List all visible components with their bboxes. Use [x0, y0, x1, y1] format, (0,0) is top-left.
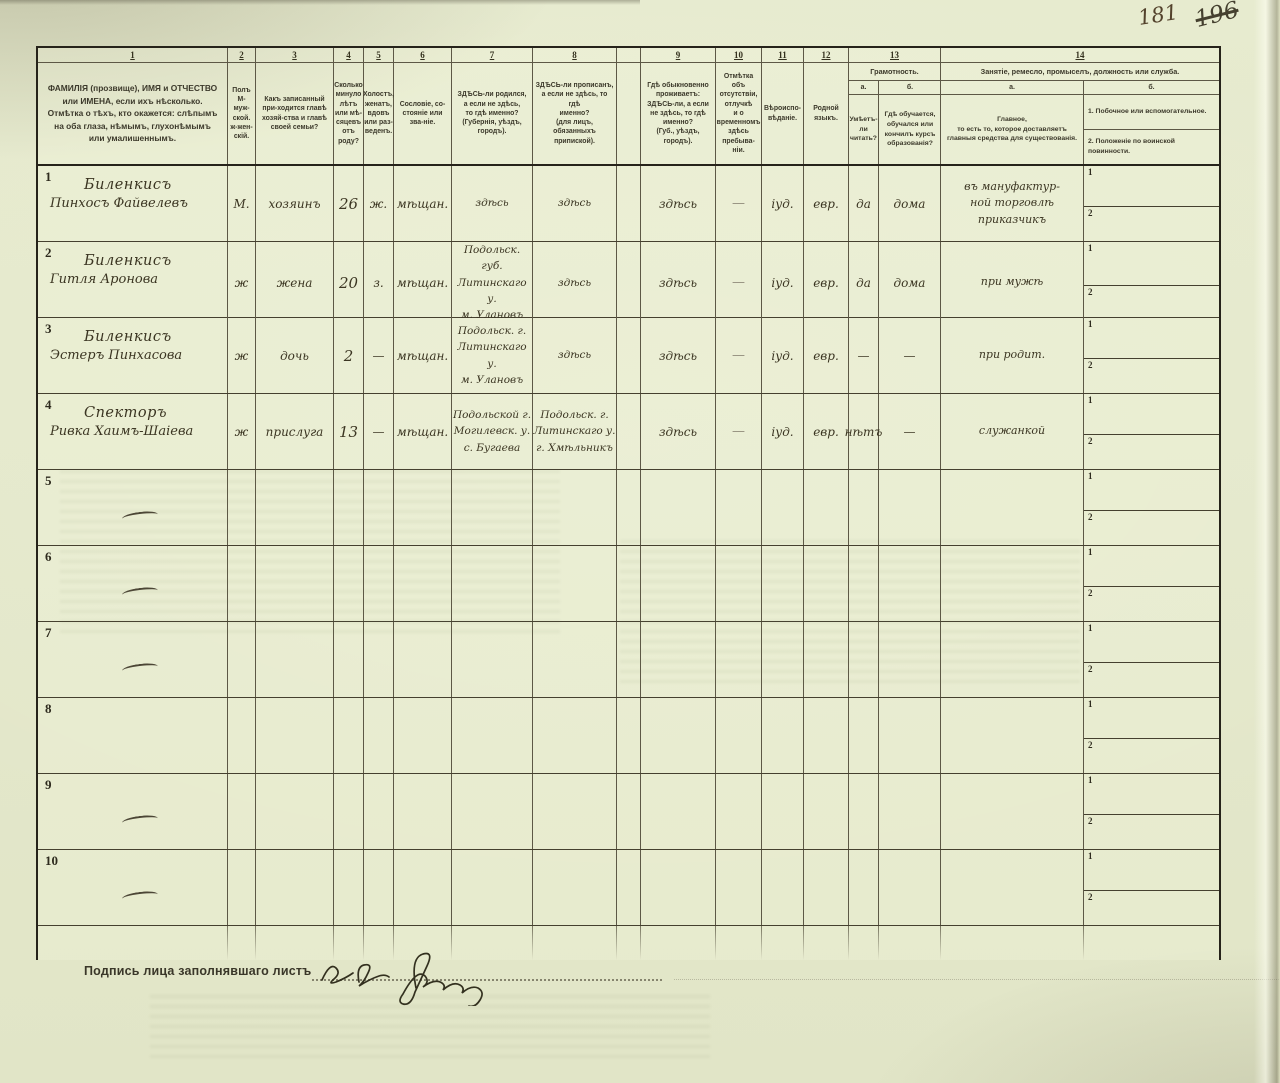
occupation-side-cell: 1 2: [1084, 318, 1219, 393]
signature-rule-faint: [674, 979, 1280, 980]
marital-cell: ж.: [364, 166, 394, 241]
literacy-cell: да: [849, 242, 879, 323]
header-occupation-side-2: 2. Положеніе по воинской повинности.: [1084, 130, 1219, 164]
relation-cell: [256, 470, 334, 545]
table-row: 6 1 2: [38, 546, 1219, 622]
absence-cell: —: [716, 394, 762, 469]
faith-cell: іуд.: [762, 318, 804, 393]
occupation-side-cell: 1 2: [1084, 166, 1219, 241]
fold-spacer: [616, 850, 641, 925]
row-number: 10: [45, 853, 58, 869]
name-cell: 5: [38, 470, 228, 545]
page-number-crossed-out: 196: [1193, 0, 1242, 33]
header-literacy-group: Грамотность. а. б. Умѣетъ- ли читать? Гд…: [849, 63, 941, 164]
table-row: 5 1 2: [38, 470, 1219, 546]
marital-cell: [364, 850, 394, 925]
row-number: 5: [45, 473, 52, 489]
torn-bottom-lines: [38, 926, 1219, 960]
row-number: 1: [45, 169, 52, 185]
birthplace-cell: [452, 850, 533, 925]
row-number: 4: [45, 397, 52, 413]
absence-cell: [716, 850, 762, 925]
surname: Биленкисъ: [84, 177, 227, 193]
col-num-14: 14: [941, 48, 1219, 62]
faith-cell: [762, 698, 804, 773]
col-num-1: 1: [38, 48, 228, 62]
header-occupation-group: Занятіе, ремесло, промыселъ, должность и…: [941, 63, 1219, 164]
occupation-side-cell: 1 2: [1084, 698, 1219, 773]
table-row: 7 1 2: [38, 622, 1219, 698]
estate-cell: [394, 622, 452, 697]
side-occupation-2: 2: [1084, 435, 1219, 469]
signature-handwriting: [314, 944, 564, 1006]
col-num-6: 6: [394, 48, 452, 62]
faith-cell: [762, 850, 804, 925]
signature-label: Подпись лица заполнявшаго листъ: [84, 964, 312, 978]
age-cell: [334, 546, 364, 621]
given-name: Пинхосъ Файвелевъ: [50, 196, 227, 211]
occupation-main-cell: при родит.: [941, 318, 1084, 393]
header-education: Гдѣ обучается, обучался или кончилъ курс…: [879, 95, 941, 164]
scanned-census-sheet: 181 196 1 2 3 4 5 6 7 8 9 10 11 12 13 14…: [0, 0, 1280, 1083]
occupation-side-cell: 1 2: [1084, 622, 1219, 697]
marital-cell: [364, 470, 394, 545]
residence-cell: [641, 470, 716, 545]
literacy-cell: [849, 698, 879, 773]
col-num-10: 10: [716, 48, 762, 62]
education-cell: [879, 622, 941, 697]
side-occupation-1: 1: [1084, 470, 1219, 511]
registration-cell: [533, 546, 617, 621]
column-number-strip: 1 2 3 4 5 6 7 8 9 10 11 12 13 14: [38, 48, 1219, 63]
given-name: Эстеръ Пинхасова: [50, 348, 227, 363]
absence-cell: —: [716, 242, 762, 323]
birthplace-cell: Подольск. губ. Литинскаго у. м. Улановъ: [452, 242, 533, 323]
table-row: 9 1 2: [38, 774, 1219, 850]
header-residence: Гдѣ обыкновенно проживаетъ: ЗДѢСЬ-ли, а …: [641, 63, 716, 164]
side-occupation-1: 1: [1084, 774, 1219, 815]
registration-cell: Подольск. г. Литинскаго у. г. Хмѣльникъ: [533, 394, 617, 469]
table-row: 4 Спекторъ Ривка Хаимъ-Шаіева ж прислуга…: [38, 394, 1219, 470]
residence-cell: здѣсь: [641, 242, 716, 323]
occupation-main-cell: [941, 774, 1084, 849]
literacy-cell: [849, 622, 879, 697]
literacy-sub-a-label: а.: [849, 81, 879, 94]
sex-cell: ж: [228, 242, 256, 323]
sex-cell: [228, 774, 256, 849]
fold-spacer: [616, 622, 641, 697]
header-occupation-side-1: 1. Побочное или вспомогательное.: [1084, 95, 1219, 130]
corner-page-numbers: 181 196: [1138, 2, 1239, 28]
education-cell: —: [879, 318, 941, 393]
fold-spacer: [616, 470, 641, 545]
side-occupation-2: 2: [1084, 663, 1219, 697]
language-cell: [804, 850, 849, 925]
occupation-main-cell: при мужѣ: [941, 242, 1084, 323]
residence-cell: [641, 546, 716, 621]
birthplace-cell: [452, 546, 533, 621]
surname: Спекторъ: [84, 405, 227, 421]
age-cell: [334, 470, 364, 545]
sex-cell: [228, 546, 256, 621]
col-num-4: 4: [334, 48, 364, 62]
signature-block: Подпись лица заполнявшаго листъ: [84, 962, 312, 1022]
age-cell: 13: [334, 394, 364, 469]
given-name: Гитля Аронова: [50, 272, 227, 287]
registration-cell: [533, 698, 617, 773]
education-cell: [879, 774, 941, 849]
literacy-cell: [849, 850, 879, 925]
col-num-7: 7: [452, 48, 533, 62]
birthplace-cell: [452, 622, 533, 697]
absence-cell: [716, 774, 762, 849]
occupation-side-cell: 1 2: [1084, 546, 1219, 621]
faith-cell: [762, 774, 804, 849]
faith-cell: [762, 546, 804, 621]
birthplace-cell: [452, 470, 533, 545]
header-faith: Вѣроиспо- вѣданіе.: [762, 63, 804, 164]
marital-cell: [364, 546, 394, 621]
row-number: 7: [45, 625, 52, 641]
language-cell: евр.: [804, 318, 849, 393]
literacy-sub-b-label: б.: [879, 81, 941, 94]
side-occupation-1: 1: [1084, 166, 1219, 207]
row-number: 6: [45, 549, 52, 565]
education-cell: дома: [879, 166, 941, 241]
language-cell: [804, 622, 849, 697]
marital-cell: —: [364, 394, 394, 469]
fold-spacer: [616, 698, 641, 773]
header-sex: Полъ М-муж-ской. ж-жен-скій.: [228, 63, 256, 164]
occupation-main-cell: [941, 698, 1084, 773]
literacy-cell: [849, 470, 879, 545]
birthplace-cell: [452, 774, 533, 849]
occupation-sub-a-label: а.: [941, 81, 1084, 94]
estate-cell: мѣщан.: [394, 394, 452, 469]
census-table: 1 2 3 4 5 6 7 8 9 10 11 12 13 14 ФАМИЛІЯ…: [36, 46, 1221, 960]
language-cell: евр.: [804, 166, 849, 241]
literacy-cell: нѣтъ: [849, 394, 879, 469]
header-estate: Сословіе, со-стояніе или зва-ніе.: [394, 63, 452, 164]
occupation-side-cell: 1 2: [1084, 242, 1219, 323]
faith-cell: [762, 470, 804, 545]
registration-cell: [533, 850, 617, 925]
age-cell: [334, 698, 364, 773]
occupation-side-cell: 1 2: [1084, 394, 1219, 469]
absence-cell: [716, 546, 762, 621]
col-num-5: 5: [364, 48, 394, 62]
estate-cell: мѣщан.: [394, 242, 452, 323]
table-row: 1 Биленкисъ Пинхосъ Файвелевъ М. хозяинъ…: [38, 166, 1219, 242]
row-number: 3: [45, 321, 52, 337]
sex-cell: [228, 698, 256, 773]
page-edge-shadow: [1254, 0, 1280, 1083]
table-row: 8 1 2: [38, 698, 1219, 774]
occupation-sub-b-label: б.: [1084, 81, 1219, 94]
name-cell: 8: [38, 698, 228, 773]
language-cell: [804, 698, 849, 773]
row-number: 2: [45, 245, 52, 261]
marital-cell: —: [364, 318, 394, 393]
fold-spacer: [616, 318, 641, 393]
surname: Биленкисъ: [84, 329, 227, 345]
registration-cell: [533, 470, 617, 545]
col-num-13: 13: [849, 48, 941, 62]
side-occupation-1: 1: [1084, 242, 1219, 286]
side-occupation-2: 2: [1084, 207, 1219, 241]
header-age: Сколько минуло лѣтъ или мѣ-сяцевъ отъ ро…: [334, 63, 364, 164]
side-occupation-1: 1: [1084, 698, 1219, 739]
birthplace-cell: Подольской г. Могилевск. у. с. Бугаева: [452, 394, 533, 469]
faith-cell: іуд.: [762, 166, 804, 241]
faith-cell: іуд.: [762, 394, 804, 469]
sex-cell: ж: [228, 394, 256, 469]
residence-cell: [641, 850, 716, 925]
occupation-main-cell: [941, 546, 1084, 621]
stray-mark: [122, 510, 159, 523]
marital-cell: [364, 622, 394, 697]
side-occupation-1: 1: [1084, 850, 1219, 891]
occupation-main-cell: [941, 850, 1084, 925]
relation-cell: жена: [256, 242, 334, 323]
photo-edge-shadow: [0, 0, 640, 5]
fold-spacer: [616, 394, 641, 469]
language-cell: евр.: [804, 242, 849, 323]
header-birthplace: ЗДѢСЬ-ли родился, а если не здѣсь, то гд…: [452, 63, 533, 164]
header-absence: Отмѣтка объ отсутствіи, отлучкѣ и о врем…: [716, 63, 762, 164]
age-cell: [334, 774, 364, 849]
age-cell: 20: [334, 242, 364, 323]
absence-cell: [716, 622, 762, 697]
relation-cell: [256, 774, 334, 849]
residence-cell: [641, 622, 716, 697]
stray-mark: [122, 586, 159, 599]
age-cell: [334, 850, 364, 925]
occupation-side-cell: 1 2: [1084, 850, 1219, 925]
residence-cell: здѣсь: [641, 394, 716, 469]
fold-spacer: [616, 774, 641, 849]
absence-cell: —: [716, 166, 762, 241]
side-occupation-2: 2: [1084, 739, 1219, 773]
absence-cell: [716, 470, 762, 545]
row-number: 9: [45, 777, 52, 793]
language-cell: евр.: [804, 394, 849, 469]
header-name: ФАМИЛІЯ (прозвище), ИМЯ и ОТЧЕСТВО или И…: [38, 63, 228, 164]
side-occupation-1: 1: [1084, 394, 1219, 435]
sex-cell: ж: [228, 318, 256, 393]
sex-cell: [228, 470, 256, 545]
name-cell: 7: [38, 622, 228, 697]
birthplace-cell: здѣсь: [452, 166, 533, 241]
stray-mark: [122, 814, 159, 827]
age-cell: 2: [334, 318, 364, 393]
literacy-cell: [849, 774, 879, 849]
marital-cell: [364, 774, 394, 849]
registration-cell: здѣсь: [533, 242, 617, 323]
relation-cell: [256, 850, 334, 925]
name-cell: 6: [38, 546, 228, 621]
sex-cell: М.: [228, 166, 256, 241]
column-headers: ФАМИЛІЯ (прозвище), ИМЯ и ОТЧЕСТВО или И…: [38, 63, 1219, 166]
side-occupation-1: 1: [1084, 546, 1219, 587]
table-body: 1 Биленкисъ Пинхосъ Файвелевъ М. хозяинъ…: [38, 166, 1219, 926]
language-cell: [804, 774, 849, 849]
registration-cell: здѣсь: [533, 166, 617, 241]
header-relation: Какъ записанный при-ходится главѣ хозяй-…: [256, 63, 334, 164]
occupation-main-cell: въ мануфактур- ной торговлѣ приказчикъ: [941, 166, 1084, 241]
education-cell: [879, 698, 941, 773]
side-occupation-2: 2: [1084, 511, 1219, 545]
table-row: 2 Биленкисъ Гитля Аронова ж жена 20 з. м…: [38, 242, 1219, 318]
sex-cell: [228, 850, 256, 925]
faith-cell: іуд.: [762, 242, 804, 323]
estate-cell: [394, 698, 452, 773]
col-num-9: 9: [641, 48, 716, 62]
occupation-main-cell: [941, 470, 1084, 545]
estate-cell: [394, 850, 452, 925]
header-language: Родной языкъ.: [804, 63, 849, 164]
fold-spacer: [616, 63, 641, 164]
literacy-cell: —: [849, 318, 879, 393]
education-cell: —: [879, 394, 941, 469]
side-occupation-1: 1: [1084, 318, 1219, 359]
age-cell: 26: [334, 166, 364, 241]
literacy-cell: [849, 546, 879, 621]
given-name: Ривка Хаимъ-Шаіева: [50, 424, 227, 439]
side-occupation-2: 2: [1084, 359, 1219, 393]
fold-spacer: [616, 166, 641, 241]
education-cell: [879, 546, 941, 621]
side-occupation-2: 2: [1084, 891, 1219, 925]
sex-cell: [228, 622, 256, 697]
estate-cell: [394, 546, 452, 621]
registration-cell: здѣсь: [533, 318, 617, 393]
header-marital: Холостъ, женатъ, вдовъ или раз-веденъ.: [364, 63, 394, 164]
col-num-11: 11: [762, 48, 804, 62]
residence-cell: здѣсь: [641, 166, 716, 241]
table-row: 10 1 2: [38, 850, 1219, 926]
stray-mark: [122, 662, 159, 675]
occupation-group-title: Занятіе, ремесло, промыселъ, должность и…: [941, 63, 1219, 81]
stray-mark: [122, 890, 159, 903]
literacy-group-title: Грамотность.: [849, 63, 940, 81]
fold-spacer: [616, 546, 641, 621]
fold-spacer: [616, 48, 641, 62]
name-cell: 10: [38, 850, 228, 925]
relation-cell: прислуга: [256, 394, 334, 469]
marital-cell: з.: [364, 242, 394, 323]
header-registration: ЗДѢСЬ-ли прописанъ, а если не здѣсь, то …: [533, 63, 617, 164]
estate-cell: [394, 470, 452, 545]
name-cell: 2 Биленкисъ Гитля Аронова: [38, 242, 228, 323]
header-occupation-side: 1. Побочное или вспомогательное. 2. Поло…: [1084, 95, 1219, 164]
relation-cell: [256, 698, 334, 773]
education-cell: [879, 470, 941, 545]
education-cell: дома: [879, 242, 941, 323]
row-number: 8: [45, 701, 52, 717]
registration-cell: [533, 622, 617, 697]
name-cell: 9: [38, 774, 228, 849]
table-row: 3 Биленкисъ Эстеръ Пинхасова ж дочь 2 — …: [38, 318, 1219, 394]
absence-cell: [716, 698, 762, 773]
residence-cell: [641, 774, 716, 849]
occupation-main-cell: [941, 622, 1084, 697]
occupation-main-cell: служанкой: [941, 394, 1084, 469]
col-num-2: 2: [228, 48, 256, 62]
absence-cell: —: [716, 318, 762, 393]
estate-cell: мѣщан.: [394, 318, 452, 393]
relation-cell: [256, 546, 334, 621]
residence-cell: [641, 698, 716, 773]
literacy-cell: да: [849, 166, 879, 241]
birthplace-cell: [452, 698, 533, 773]
residence-cell: здѣсь: [641, 318, 716, 393]
age-cell: [334, 622, 364, 697]
fold-spacer: [616, 242, 641, 323]
relation-cell: хозяинъ: [256, 166, 334, 241]
estate-cell: мѣщан.: [394, 166, 452, 241]
name-cell: 3 Биленкисъ Эстеръ Пинхасова: [38, 318, 228, 393]
estate-cell: [394, 774, 452, 849]
education-cell: [879, 850, 941, 925]
marital-cell: [364, 698, 394, 773]
name-cell: 1 Биленкисъ Пинхосъ Файвелевъ: [38, 166, 228, 241]
relation-cell: [256, 622, 334, 697]
relation-cell: дочь: [256, 318, 334, 393]
name-cell: 4 Спекторъ Ривка Хаимъ-Шаіева: [38, 394, 228, 469]
side-occupation-2: 2: [1084, 587, 1219, 621]
col-num-3: 3: [256, 48, 334, 62]
surname: Биленкисъ: [84, 253, 227, 269]
registration-cell: [533, 774, 617, 849]
side-occupation-2: 2: [1084, 815, 1219, 849]
language-cell: [804, 470, 849, 545]
col-num-8: 8: [533, 48, 617, 62]
language-cell: [804, 546, 849, 621]
col-num-12: 12: [804, 48, 849, 62]
page-number-ink: 181: [1136, 0, 1179, 30]
side-occupation-1: 1: [1084, 622, 1219, 663]
occupation-side-cell: 1 2: [1084, 774, 1219, 849]
header-can-read: Умѣетъ- ли читать?: [849, 95, 879, 164]
occupation-side-cell: 1 2: [1084, 470, 1219, 545]
birthplace-cell: Подольск. г. Литинскаго у. м. Улановъ: [452, 318, 533, 393]
header-occupation-main: Главное, то есть то, которое доставляетъ…: [941, 95, 1084, 164]
faith-cell: [762, 622, 804, 697]
